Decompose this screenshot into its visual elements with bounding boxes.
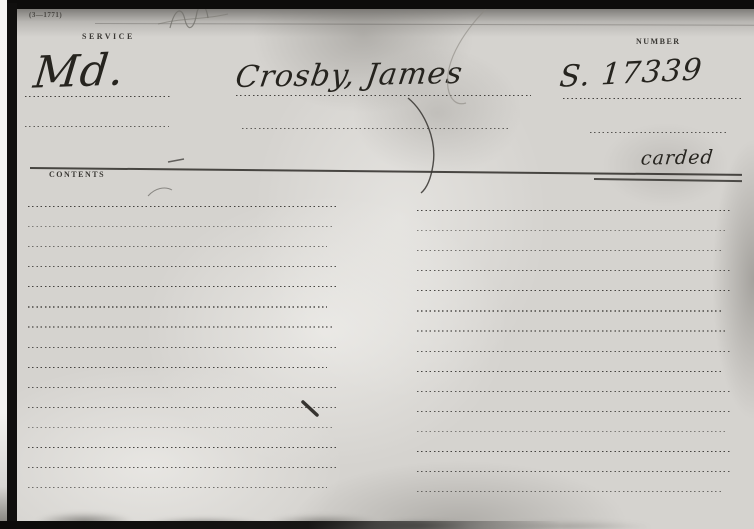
ruled-line (417, 412, 731, 432)
ruled-line (417, 271, 731, 291)
ruled-line (28, 207, 336, 227)
ruled-line (28, 468, 336, 488)
service-underline (25, 96, 171, 97)
ruled-line (417, 392, 731, 412)
ruled-line (417, 472, 731, 492)
name-underline-2 (242, 128, 510, 129)
contents-label: CONTENTS (49, 170, 105, 179)
contents-ruled-lines-left (28, 187, 336, 488)
ruled-line (417, 231, 731, 251)
ruled-line (417, 211, 731, 231)
carded-annotation-handwriting: carded (640, 146, 715, 169)
ruled-line (28, 308, 336, 328)
ruled-line (28, 187, 336, 207)
ruled-line (28, 368, 336, 388)
service-label: SERVICE (82, 32, 135, 41)
ruled-line (417, 312, 731, 332)
ruled-line (28, 267, 336, 287)
name-entry-handwriting: Crosby, James (233, 56, 465, 95)
ruled-line (417, 291, 731, 311)
scan-edge-left-margin (0, 0, 7, 529)
ruled-line (28, 328, 336, 348)
ruled-line (417, 432, 731, 452)
service-entry-handwriting: Md. (31, 44, 127, 98)
scan-edge-bottom (0, 521, 560, 529)
ruled-line (417, 352, 731, 372)
number-label: NUMBER (636, 37, 681, 46)
ruled-line (417, 332, 731, 352)
ruled-line (417, 452, 731, 472)
ruled-line (28, 247, 336, 267)
record-card-scan: (3—1771) SERVICE NUMBER CONTENTS Md. Cro… (0, 0, 754, 529)
service-underline-2 (25, 126, 169, 127)
ruled-line (28, 428, 336, 448)
ruled-line (28, 348, 336, 368)
ruled-line (28, 388, 336, 408)
name-underline (236, 95, 531, 96)
ruled-line (417, 372, 731, 392)
number-underline-2 (590, 132, 728, 133)
number-underline (563, 98, 743, 99)
ruled-line (417, 191, 731, 211)
scan-edge-left-bar (7, 3, 17, 529)
form-number: (3—1771) (29, 11, 62, 19)
ruled-line (28, 287, 336, 307)
scan-edge-top (0, 0, 754, 9)
ruled-line (28, 227, 336, 247)
ruled-line (417, 251, 731, 271)
contents-ruled-lines-right (417, 191, 731, 492)
ruled-line (28, 448, 336, 468)
ruled-line (28, 408, 336, 428)
